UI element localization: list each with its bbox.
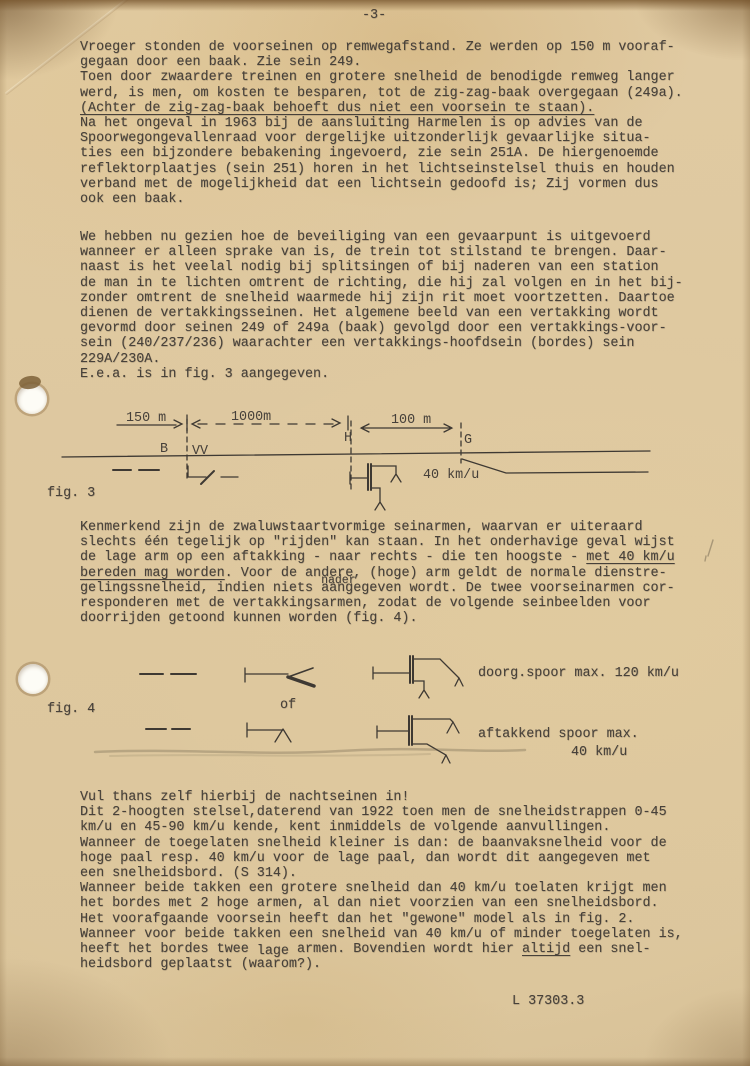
paragraph-vertakkingsseinen: We hebben nu gezien hoe de beveiliging v… [80,230,683,382]
distance-150m-label: 150 m [126,411,166,426]
point-g-label: G [464,433,472,448]
figure-4-diagram [0,645,750,775]
paragraph-voorseinen-baak: Vroeger stonden de voorseinen op remwega… [80,40,683,207]
row1-through-track [140,656,463,698]
figure-3-lines [62,415,650,510]
branch-speed-label: 40 km/u [423,468,479,483]
point-h-label: H [344,431,352,446]
pencil-smudge [95,749,525,753]
point-vv-label: VV [192,444,208,459]
point-b-label: B [160,442,168,457]
pencil-smudge-faint [110,754,430,756]
scanned-typewritten-page: -3- Vroeger stonden de voorseinen op rem… [0,0,750,1066]
branch-track-line [462,459,648,473]
pencil-marks [694,532,734,572]
figure-4-lines [95,656,525,763]
figure-3-diagram: B VV H G 150 m 1000m 100 m 40 km/u [0,403,750,515]
paragraph-zwaluwstaart-armen: Kenmerkend zijn de zwaluwstaartvormige s… [80,520,675,626]
punch-hole-top [17,384,47,414]
figure-3-labels: B VV H G 150 m 1000m 100 m 40 km/u [126,410,479,483]
distance-1000m-label: 1000m [231,410,271,425]
page-number: -3- [362,8,386,23]
distance-100m-label: 100 m [391,413,431,428]
bordes-signal-symbol [350,464,401,510]
document-reference: L 37303.3 [512,994,584,1009]
paragraph-nachtseinen-aanvullingen: Vul thans zelf hierbij de nachtseinen in… [80,790,683,972]
main-track-line [62,451,650,457]
punch-hole-bottom [18,664,48,694]
